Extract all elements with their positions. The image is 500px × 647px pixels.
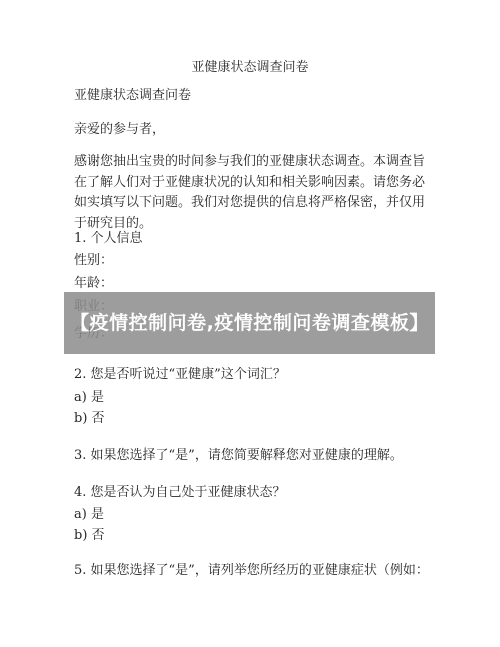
question-2: 2. 您是否听说过“亚健康”这个词汇？ xyxy=(74,367,286,383)
section-personal-info-heading: 1. 个人信息 xyxy=(74,231,143,247)
intro-line: 如实填写以下问题。我们对您提供的信息将严格保密，并仅用 xyxy=(74,193,434,214)
field-gender: 性别： xyxy=(74,253,113,269)
banner-title: 【疫情控制问卷,疫情控制问卷调查模板】 xyxy=(70,311,430,336)
question-3: 3. 如果您选择了“是”，请您简要解释您对亚健康的理解。 xyxy=(74,448,403,464)
intro-paragraph: 感谢您抽出宝贵的时间参与我们的亚健康状态调查。本调查旨 在了解人们对于亚健康状况… xyxy=(74,152,434,234)
intro-line: 在了解人们对于亚健康状况的认知和相关影响因素。请您务必 xyxy=(74,173,434,194)
document-title: 亚健康状态调查问卷 xyxy=(0,60,500,76)
document-page: 亚健康状态调查问卷 亚健康状态调查问卷 亲爱的参与者， 感谢您抽出宝贵的时间参与… xyxy=(0,0,500,647)
question-4-option-a: a) 是 xyxy=(74,507,104,523)
question-4-option-b: b) 否 xyxy=(74,528,105,544)
field-age: 年龄： xyxy=(74,276,113,292)
intro-line: 感谢您抽出宝贵的时间参与我们的亚健康状态调查。本调查旨 xyxy=(74,152,434,173)
question-2-option-a: a) 是 xyxy=(74,390,104,406)
greeting: 亲爱的参与者， xyxy=(74,122,165,138)
question-2-option-b: b) 否 xyxy=(74,411,105,427)
question-4: 4. 您是否认为自己处于亚健康状态？ xyxy=(74,485,286,501)
question-5: 5. 如果您选择了“是”，请列举您所经历的亚健康症状（例如： xyxy=(74,563,429,579)
title-overlay-banner: 【疫情控制问卷,疫情控制问卷调查模板】 xyxy=(64,292,435,354)
document-subtitle: 亚健康状态调查问卷 xyxy=(74,88,191,104)
